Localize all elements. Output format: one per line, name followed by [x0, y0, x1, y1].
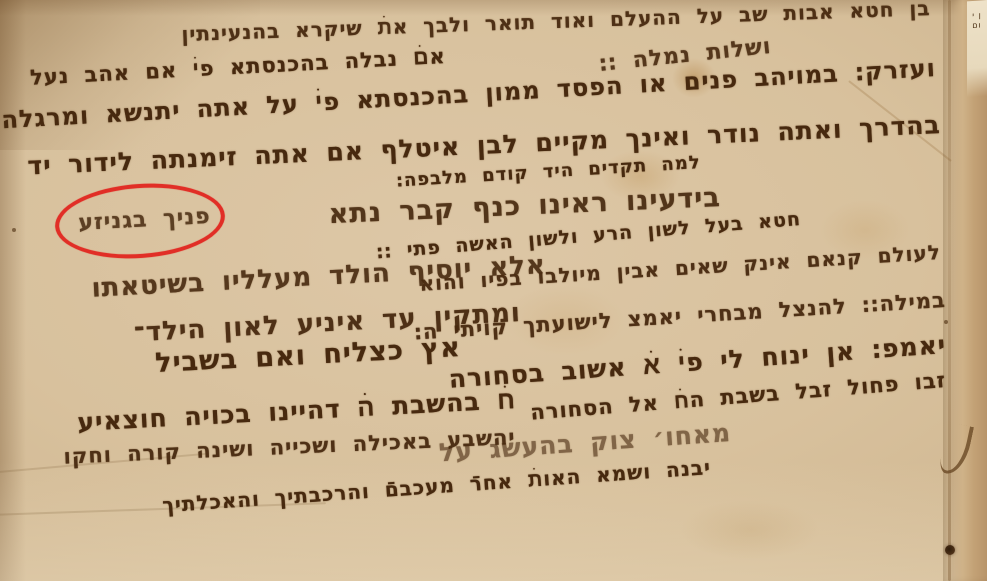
page-edge-line [948, 0, 951, 581]
manuscript-photo: בן חטא אבות שב על ההעלם ואוד תואר ולבך א… [0, 0, 987, 581]
top-edge-shadow [0, 0, 987, 16]
ink-speck [12, 228, 16, 232]
ink-speck [944, 320, 948, 324]
facing-page-sliver: ן י ום [967, 0, 987, 97]
wormhole-dot [945, 545, 955, 555]
bottom-parchment-highlight [0, 461, 987, 581]
